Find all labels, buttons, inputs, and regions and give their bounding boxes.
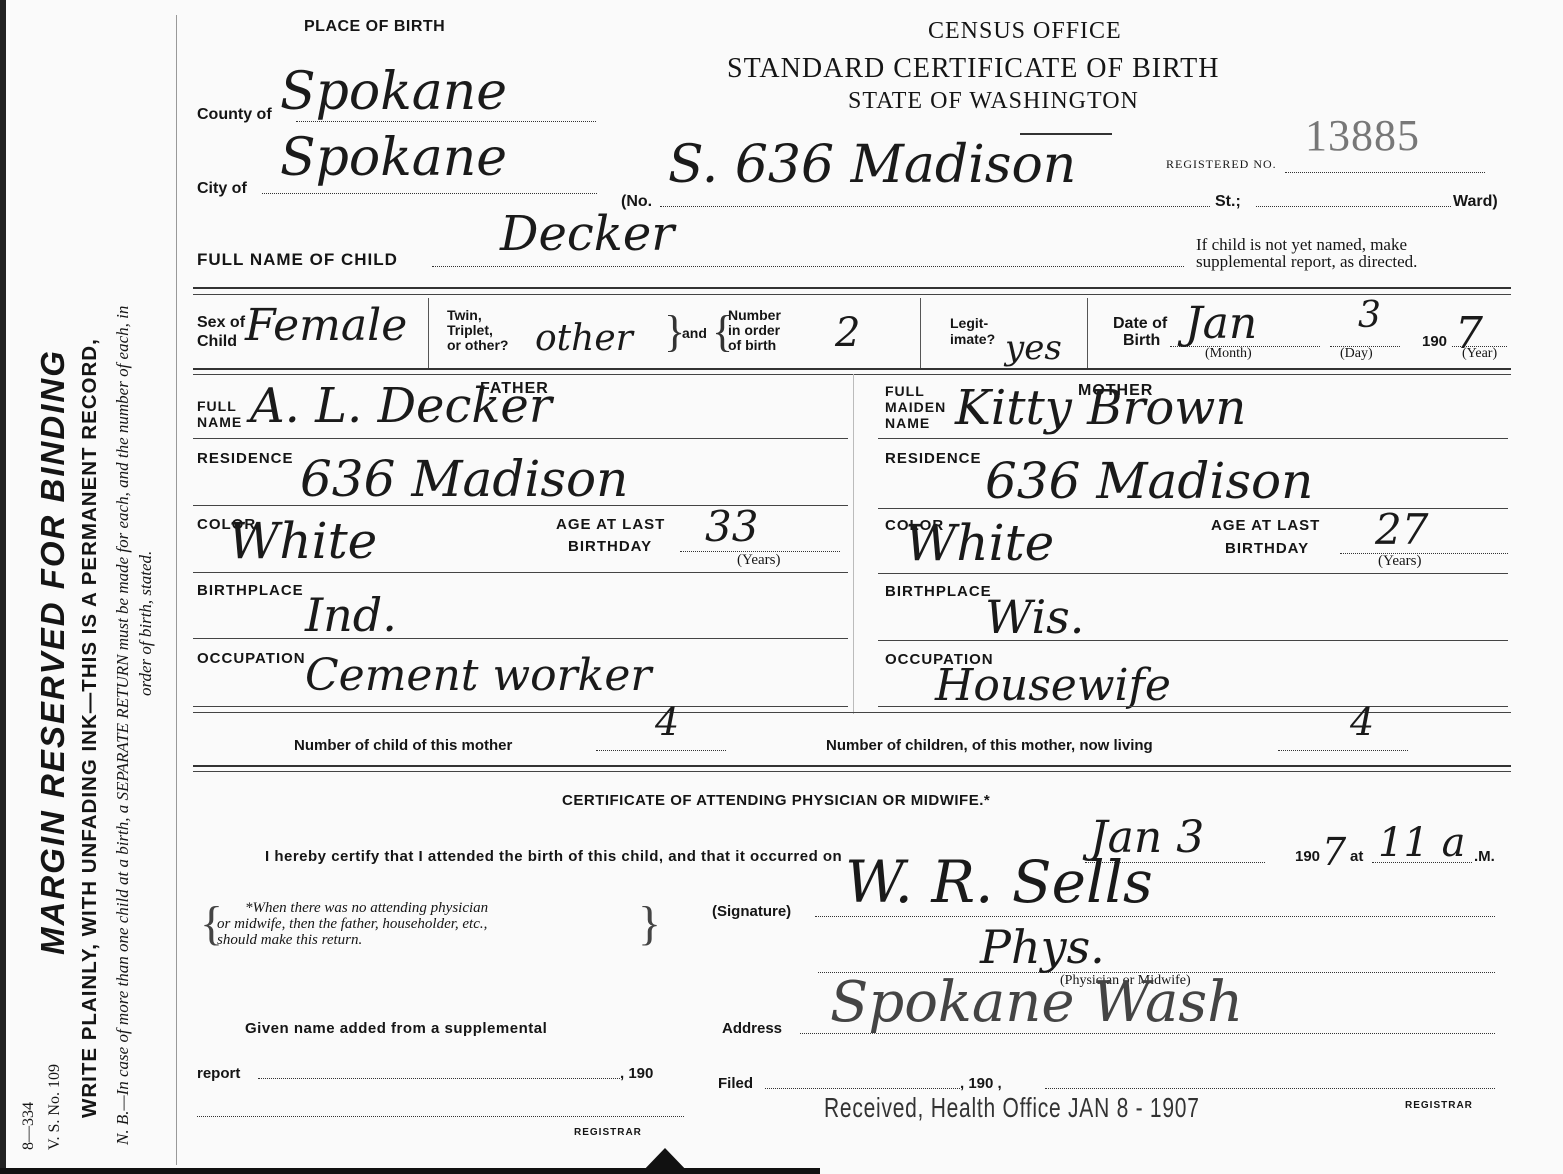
father-name-label-1: FULL [197,398,242,414]
legit-label-2: imate? [950,331,995,347]
unnamed-note: If child is not yet named, make suppleme… [1196,236,1417,270]
unnamed-note-line1: If child is not yet named, make [1196,236,1417,253]
mother-residence-label: RESIDENCE [885,450,982,467]
child-name-value: Decker [500,206,674,262]
title-value: Phys. [980,920,1105,974]
binding-notice: MARGIN RESERVED FOR BINDING [34,349,72,955]
nb-note-line2: order of birth, stated. [136,551,155,696]
certificate-title: STANDARD CERTIFICATE OF BIRTH [727,53,1219,85]
order-label-3: of birth [728,338,781,353]
at-label: at [1350,848,1363,865]
child-of-mother-label: Number of child of this mother [294,737,512,754]
child-of-mother-value: 4 [655,700,679,744]
legitimate-value: yes [1005,328,1062,368]
and-label: and [682,325,707,341]
father-age-value: 33 [705,502,758,551]
registrar-right-label: REGISTRAR [1405,1100,1473,1111]
divider [853,374,854,714]
physician-heading: CERTIFICATE OF ATTENDING PHYSICIAN OR MI… [562,792,990,809]
place-of-birth-heading: PLACE OF BIRTH [304,18,445,36]
rule [193,438,848,439]
nb-note-2: order of birth, stated. [136,551,156,696]
father-years-caption: (Years) [737,552,780,569]
address-value: Spokane Wash [830,970,1243,1035]
birth-order-label: Number in order of birth [728,308,781,353]
twin-label-1: Twin, [447,308,508,323]
father-occupation-value: Cement worker [305,650,651,701]
rule [193,638,848,639]
rule [878,640,1508,641]
twin-label-3: or other? [447,338,508,353]
dob-label-2: Birth [1113,332,1167,349]
brace-icon: { [200,900,223,948]
mother-age-label-2: BIRTHDAY [1225,540,1309,557]
dob-year-prefix: 190 [1422,333,1447,350]
registrar-right-field[interactable] [1045,1088,1495,1089]
sex-label: Sex of Child [197,313,245,351]
mother-age-value: 27 [1375,505,1428,554]
mother-color-value: White [905,514,1054,572]
nb-note-line1: N. B.—In case of more than one child at … [113,306,132,1145]
divider [1087,298,1088,368]
scan-edge [0,0,6,1174]
city-value: Spokane [280,128,507,188]
meridiem-label: .M. [1474,848,1495,865]
mother-birthplace-label: BIRTHPLACE [885,583,992,600]
twin-label-2: Triplet, [447,323,508,338]
city-label: City of [197,180,247,198]
signature-value: W. R. Sells [845,848,1153,916]
mother-name-value: Kitty Brown [955,380,1246,436]
footnote-line3: should make this return. [200,932,488,948]
mother-name-label: FULL MAIDEN NAME [885,383,946,431]
child-of-mother-field[interactable] [596,750,726,751]
dob-day-value: 3 [1358,295,1381,336]
mother-residence-value: 636 Madison [985,452,1313,510]
registered-number-stamp: 13885 [1305,110,1420,161]
census-office-heading: CENSUS OFFICE [928,18,1122,45]
county-label: County of [197,106,272,124]
ink-notice-text: WRITE PLAINLY, WITH UNFADING INK—THIS IS… [78,338,101,1118]
mother-name-label-1: FULL [885,383,946,399]
father-birthplace-value: Ind. [305,588,397,642]
rule [193,572,848,573]
living-children-label: Number of children, of this mother, now … [826,737,1153,754]
footnote-line2: or midwife, then the father, householder… [200,916,488,932]
ward-field[interactable] [1256,206,1451,207]
street-field[interactable] [660,206,1210,207]
address-label: Address [722,1020,782,1037]
father-age-label-1: AGE AT LAST [556,516,665,533]
received-stamp: Received, Health Office JAN 8 - 1907 [824,1092,1200,1124]
child-name-field[interactable] [432,266,1184,267]
rule [878,438,1508,439]
registrar-left-field[interactable] [197,1116,684,1117]
scan-edge-bottom [0,1168,820,1174]
birth-year-value: 7 [1322,830,1346,874]
birth-time-value: 11 a [1378,820,1465,866]
rule [878,706,1508,707]
registered-no-label: REGISTERED NO. [1166,157,1277,172]
father-birthplace-label: BIRTHPLACE [197,582,304,599]
birth-year-prefix: 190 [1295,848,1320,865]
signature-field[interactable] [815,916,1495,917]
form-number: 8—334 [20,1102,38,1150]
rule [193,368,1511,370]
vs-number: V. S. No. 109 [46,1064,64,1150]
sex-label-1: Sex of [197,313,245,332]
mother-occupation-value: Housewife [935,660,1171,711]
footnote-line1: *When there was no attending physician [200,900,488,916]
vs-number-text: V. S. No. 109 [46,1064,63,1150]
mother-years-caption: (Years) [1378,553,1421,570]
rule [193,294,1511,295]
filed-label: Filed [718,1075,753,1092]
form-number-top: 8—334 [20,1102,37,1150]
report-field[interactable] [258,1078,620,1079]
day-caption: (Day) [1340,346,1373,362]
legit-label-1: Legit- [950,315,995,331]
birth-order-value: 2 [835,310,860,356]
st-label: St.; [1215,193,1241,211]
rule [193,706,848,707]
footnote: { *When there was no attending physician… [200,900,488,948]
father-age-label-2: BIRTHDAY [568,538,652,555]
dob-label-1: Date of [1113,315,1167,332]
dob-label: Date of Birth [1113,315,1167,349]
living-children-value: 4 [1350,700,1374,744]
signature-label: (Signature) [712,903,791,920]
binding-notice-text: MARGIN RESERVED FOR BINDING [34,349,71,955]
father-occupation-label: OCCUPATION [197,650,306,667]
father-name-value: A. L. Decker [250,378,552,434]
supplemental-label: Given name added from a supplemental [245,1020,547,1037]
father-name-label-2: NAME [197,414,242,430]
mother-birthplace-value: Wis. [985,590,1084,644]
ward-label: Ward) [1453,193,1498,211]
report-year: , 190 [620,1065,653,1082]
father-residence-value: 636 Madison [300,450,628,508]
rule [193,374,1511,375]
father-residence-label: RESIDENCE [197,450,294,467]
father-color-value: White [228,512,377,570]
rule [193,712,1511,713]
state-heading: STATE OF WASHINGTON [848,88,1139,115]
sex-value: Female [245,300,407,351]
month-caption: (Month) [1205,346,1252,362]
divider [920,298,921,368]
street-value: S. 636 Madison [668,135,1076,195]
mother-name-label-2: MAIDEN [885,399,946,415]
unnamed-note-line2: supplemental report, as directed. [1196,253,1417,270]
child-name-label: FULL NAME OF CHILD [197,250,398,270]
order-label-1: Number [728,308,781,323]
twin-value: other [535,318,633,359]
margin-rule [176,15,177,1165]
city-field[interactable] [262,193,597,194]
rule [193,287,1511,289]
mother-name-label-3: NAME [885,415,946,431]
rule [878,573,1508,574]
year-caption: (Year) [1462,346,1497,362]
living-children-field[interactable] [1278,750,1408,751]
legitimate-label: Legit- imate? [950,315,995,347]
filed-year: , 190 , [960,1075,1002,1092]
rule [193,771,1511,772]
rule [193,765,1511,767]
registered-no-field[interactable] [1285,172,1485,173]
certify-text: I hereby certify that I attended the bir… [265,848,842,865]
nb-note: N. B.—In case of more than one child at … [113,306,133,1145]
father-name-label: FULL NAME [197,398,242,430]
county-value: Spokane [280,62,507,122]
filed-field[interactable] [765,1088,960,1089]
dob-month-value: Jan [1185,298,1257,349]
order-label-2: in order [728,323,781,338]
mother-age-label-1: AGE AT LAST [1211,517,1320,534]
divider [428,298,429,368]
registrar-left-label: REGISTRAR [574,1127,642,1138]
ink-notice: WRITE PLAINLY, WITH UNFADING INK—THIS IS… [78,338,102,1118]
sex-label-2: Child [197,332,245,351]
brace-icon: } [638,900,661,948]
report-label: report [197,1065,240,1082]
twin-label: Twin, Triplet, or other? [447,308,508,353]
